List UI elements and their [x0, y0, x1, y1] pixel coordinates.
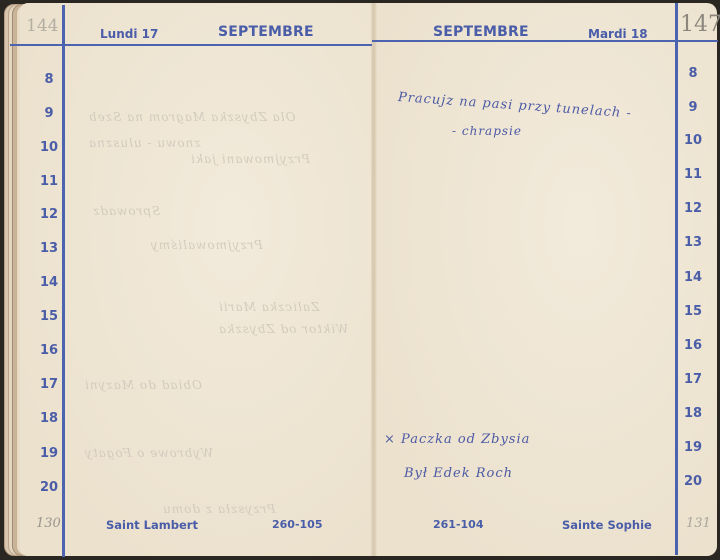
hour-label: 20	[34, 480, 64, 495]
left-month-label: SEPTEMBRE	[218, 24, 314, 40]
bleed-through-text: znowu - uluszna	[88, 136, 201, 150]
left-day-count: 260-105	[272, 518, 323, 531]
bleed-through-text: Ola Zbyszka Magrom na Szeb	[88, 110, 295, 124]
hour-label: 14	[678, 270, 708, 285]
hour-label: 9	[678, 100, 708, 115]
hour-label: 9	[34, 106, 64, 121]
right-day-count: 261-104	[433, 518, 484, 531]
bleed-through-text: Obiad do Mazyni	[84, 378, 202, 392]
hour-label: 13	[34, 241, 64, 256]
right-page-number: 147	[680, 12, 720, 37]
hour-label: 18	[678, 406, 708, 421]
hour-label: 19	[678, 440, 708, 455]
handwritten-entry: × Paczka od Zbysia	[384, 432, 530, 447]
hour-label: 13	[678, 235, 708, 250]
hour-label: 20	[678, 474, 708, 489]
hour-label: 10	[34, 140, 64, 155]
bleed-through-text: Przyjmowani jaki	[190, 152, 310, 166]
handwritten-entry: - chrapsie	[452, 124, 522, 138]
hour-label: 8	[678, 66, 708, 81]
bleed-through-text: Zaliczka Marii	[218, 300, 319, 314]
hour-label: 11	[34, 174, 64, 189]
handwritten-entry: Był Edek Roch	[404, 466, 513, 481]
bleed-through-text: Sprowadz	[92, 204, 160, 218]
hour-label: 8	[34, 72, 64, 87]
hour-label: 10	[678, 133, 708, 148]
hour-label: 14	[34, 275, 64, 290]
hour-label: 16	[34, 343, 64, 358]
right-saint-name: Sainte Sophie	[562, 518, 652, 532]
hour-label: 17	[34, 377, 64, 392]
bleed-through-text: Przyjmowaliśmy	[150, 238, 263, 252]
right-header-rule	[372, 40, 718, 42]
bleed-through-text: Wybrowe o Fogaty	[84, 446, 213, 460]
hour-label: 17	[678, 372, 708, 387]
bleed-through-text: Przyszła z domu	[162, 502, 275, 516]
bleed-through-text: Wiktor od Zbyszka	[218, 322, 348, 336]
hour-label: 16	[678, 338, 708, 353]
left-page	[20, 3, 375, 556]
hour-label: 12	[678, 201, 708, 216]
hour-label: 19	[34, 446, 64, 461]
left-day-label: Lundi 17	[100, 27, 158, 41]
right-footer-page-number: 131	[686, 516, 711, 531]
left-page-number: 144	[26, 16, 58, 36]
diary-spread: 144 Lundi 17 SEPTEMBRE SEPTEMBRE Mardi 1…	[0, 0, 720, 560]
right-month-label: SEPTEMBRE	[433, 24, 529, 40]
hour-label: 18	[34, 411, 64, 426]
left-saint-name: Saint Lambert	[106, 518, 198, 532]
hour-label: 11	[678, 167, 708, 182]
hour-label: 12	[34, 207, 64, 222]
book-spine	[371, 3, 377, 556]
right-day-label: Mardi 18	[588, 27, 648, 41]
left-footer-page-number: 130	[36, 516, 61, 531]
hour-label: 15	[34, 309, 64, 324]
hour-label: 15	[678, 304, 708, 319]
